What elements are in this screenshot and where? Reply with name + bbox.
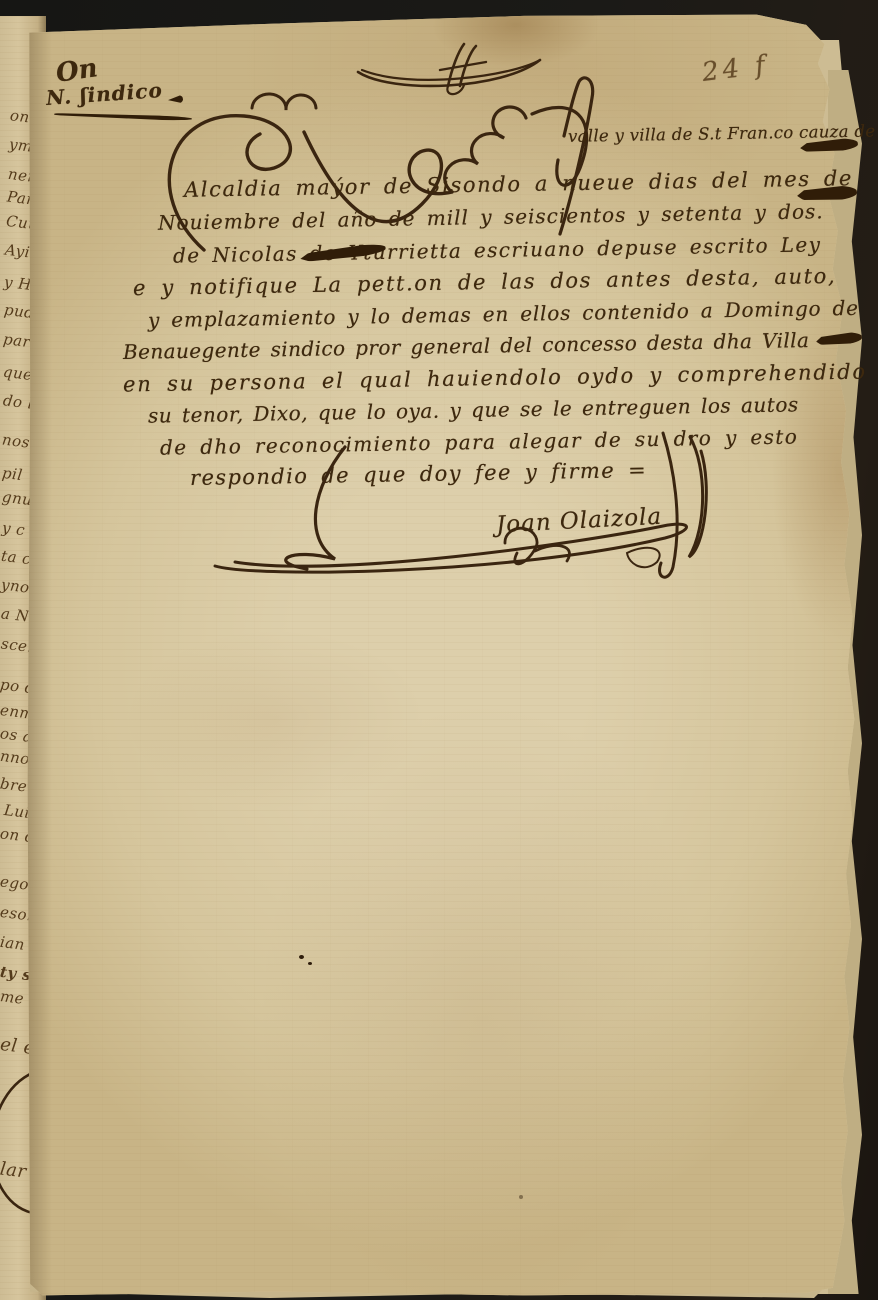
ink-layer: On N. ʃindico 24 f valle y villa de S.t … [0, 0, 878, 1300]
manuscript-line: su tenor, Dixo, que lo oya. y que se le … [148, 392, 799, 427]
ink-speck [308, 962, 312, 965]
manuscript-line: y emplazamiento y lo demas en ellos cont… [148, 296, 859, 332]
manuscript-line: en su persona el qual hauiendolo oydo y … [123, 360, 867, 397]
manuscript-line: Benauegente sindico pror general del con… [123, 328, 810, 364]
folio-mark: 24 f [700, 50, 770, 88]
ink-speck [519, 1195, 523, 1199]
ink-speck [299, 955, 304, 959]
heavy-ink-stroke [816, 331, 863, 347]
manuscript-photo: ond yma nent Paral Cuuali Ayini y Ha pud… [0, 0, 878, 1300]
